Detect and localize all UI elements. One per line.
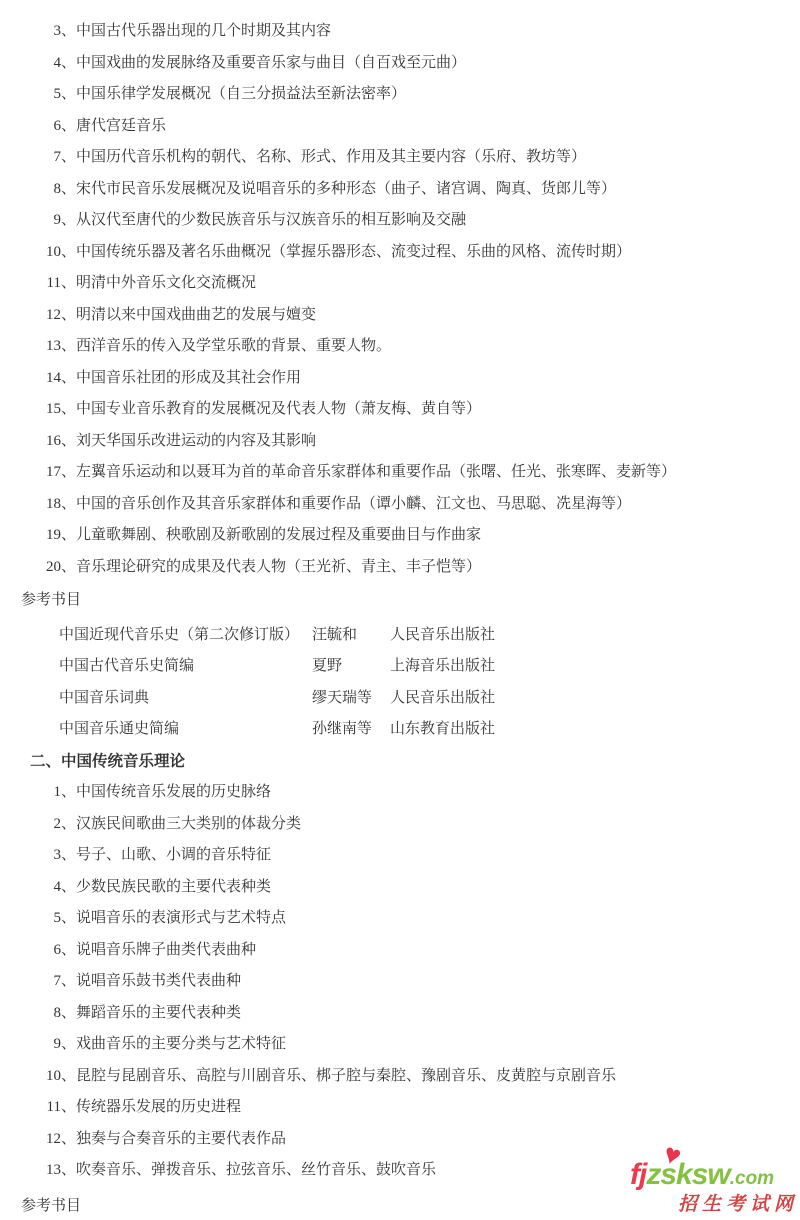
list-item: 5、中国乐律学发展概况（自三分损益法至新法密率） [0, 79, 800, 111]
item-text: 少数民族民歌的主要代表种类 [76, 879, 271, 895]
book-author: 夏野 [312, 651, 390, 683]
list-item: 10、中国传统乐器及著名乐曲概况（掌握乐器形态、流变过程、乐曲的风格、流传时期） [0, 237, 800, 269]
list-item: 3、中国古代乐器出现的几个时期及其内容 [0, 16, 800, 48]
list-item: 18、中国的音乐创作及其音乐家群体和重要作品（谭小麟、江文也、马思聪、冼星海等） [0, 489, 800, 521]
item-number: 17、 [42, 457, 76, 489]
item-text: 从汉代至唐代的少数民族音乐与汉族音乐的相互影响及交融 [76, 212, 466, 228]
item-number: 5、 [42, 79, 76, 111]
item-number: 7、 [42, 142, 76, 174]
list-item: 4、少数民族民歌的主要代表种类 [0, 872, 800, 904]
item-number: 3、 [42, 840, 76, 872]
list-item: 11、传统器乐发展的历史进程 [0, 1092, 800, 1124]
book-author: 汪毓和 [312, 620, 390, 652]
book-publisher: 人民音乐出版社 [390, 620, 495, 652]
item-text: 中国传统乐器及著名乐曲概况（掌握乐器形态、流变过程、乐曲的风格、流传时期） [76, 244, 631, 260]
item-number: 1、 [42, 777, 76, 809]
watermark-logo: ♥fjzsksw.com [630, 1160, 800, 1194]
list-item: 7、中国历代音乐机构的朝代、名称、形式、作用及其主要内容（乐府、教坊等） [0, 142, 800, 174]
list-item: 19、儿童歌舞剧、秧歌剧及新歌剧的发展过程及重要曲目与作曲家 [0, 520, 800, 552]
item-text: 中国戏曲的发展脉络及重要音乐家与曲目（自百戏至元曲） [76, 55, 466, 71]
list-item: 15、中国专业音乐教育的发展概况及代表人物（萧友梅、黄自等） [0, 394, 800, 426]
list-item: 5、说唱音乐的表演形式与艺术特点 [0, 903, 800, 935]
item-number: 8、 [42, 174, 76, 206]
item-number: 10、 [42, 237, 76, 269]
item-text: 中国专业音乐教育的发展概况及代表人物（萧友梅、黄自等） [76, 401, 481, 417]
document-page: 3、中国古代乐器出现的几个时期及其内容 4、中国戏曲的发展脉络及重要音乐家与曲目… [0, 0, 800, 1220]
site-watermark: ♥fjzsksw.com 招生考试网 [630, 1138, 800, 1218]
list-item: 8、宋代市民音乐发展概况及说唱音乐的多种形态（曲子、诸宫调、陶真、货郎儿等） [0, 174, 800, 206]
list-item: 14、中国音乐社团的形成及其社会作用 [0, 363, 800, 395]
book-row: 中国近现代音乐史（第二次修订版） 汪毓和 人民音乐出版社 [0, 620, 800, 652]
item-number: 5、 [42, 903, 76, 935]
item-text: 独奏与合奏音乐的主要代表作品 [76, 1131, 286, 1147]
item-text: 说唱音乐的表演形式与艺术特点 [76, 910, 286, 926]
item-number: 4、 [42, 48, 76, 80]
list-item: 8、舞蹈音乐的主要代表种类 [0, 998, 800, 1030]
item-text: 中国古代乐器出现的几个时期及其内容 [76, 23, 331, 39]
book-row: 中国古代音乐史简编 夏野 上海音乐出版社 [0, 651, 800, 683]
list-item: 9、戏曲音乐的主要分类与艺术特征 [0, 1029, 800, 1061]
list-item: 6、唐代宫廷音乐 [0, 111, 800, 143]
item-text: 唐代宫廷音乐 [76, 118, 166, 134]
reference-books-header: 参考书目 [0, 585, 800, 617]
item-text: 昆腔与昆剧音乐、高腔与川剧音乐、梆子腔与秦腔、豫剧音乐、皮黄腔与京剧音乐 [76, 1068, 616, 1084]
item-text: 吹奏音乐、弹拨音乐、拉弦音乐、丝竹音乐、鼓吹音乐 [76, 1162, 436, 1178]
list-item: 4、中国戏曲的发展脉络及重要音乐家与曲目（自百戏至元曲） [0, 48, 800, 80]
item-number: 15、 [42, 394, 76, 426]
watermark-subtitle: 招生考试网 [630, 1195, 800, 1215]
item-text: 明清中外音乐文化交流概况 [76, 275, 256, 291]
item-text: 明清以来中国戏曲曲艺的发展与嬗变 [76, 307, 316, 323]
item-number: 12、 [42, 300, 76, 332]
book-title: 中国音乐词典 [59, 683, 312, 715]
item-number: 16、 [42, 426, 76, 458]
item-number: 11、 [42, 268, 76, 300]
item-number: 9、 [42, 205, 76, 237]
item-number: 3、 [42, 16, 76, 48]
page-content: 3、中国古代乐器出现的几个时期及其内容 4、中国戏曲的发展脉络及重要音乐家与曲目… [0, 0, 800, 1220]
watermark-tld: .com [730, 1168, 774, 1189]
list-item: 20、音乐理论研究的成果及代表人物（王光祈、青主、丰子恺等） [0, 552, 800, 584]
list-item: 16、刘天华国乐改进运动的内容及其影响 [0, 426, 800, 458]
item-text: 左翼音乐运动和以聂耳为首的革命音乐家群体和重要作品（张曙、任光、张寒晖、麦新等） [76, 464, 676, 480]
item-number: 2、 [42, 809, 76, 841]
list-item: 13、西洋音乐的传入及学堂乐歌的背景、重要人物。 [0, 331, 800, 363]
book-title: 中国音乐通史简编 [59, 714, 312, 746]
item-number: 7、 [42, 966, 76, 998]
book-title: 中国近现代音乐史（第二次修订版） [59, 620, 312, 652]
item-number: 6、 [42, 111, 76, 143]
item-number: 13、 [42, 331, 76, 363]
watermark-domain: zsksw [646, 1158, 729, 1191]
watermark-prefix: fj [630, 1158, 646, 1191]
list-item: 3、号子、山歌、小调的音乐特征 [0, 840, 800, 872]
list-item: 17、左翼音乐运动和以聂耳为首的革命音乐家群体和重要作品（张曙、任光、张寒晖、麦… [0, 457, 800, 489]
item-text: 中国的音乐创作及其音乐家群体和重要作品（谭小麟、江文也、马思聪、冼星海等） [76, 496, 631, 512]
item-text: 汉族民间歌曲三大类别的体裁分类 [76, 816, 301, 832]
item-number: 18、 [42, 489, 76, 521]
item-number: 8、 [42, 998, 76, 1030]
item-text: 号子、山歌、小调的音乐特征 [76, 847, 271, 863]
list-item: 11、明清中外音乐文化交流概况 [0, 268, 800, 300]
reference-book-list: 中国近现代音乐史（第二次修订版） 汪毓和 人民音乐出版社 中国古代音乐史简编 夏… [0, 620, 800, 746]
item-text: 儿童歌舞剧、秧歌剧及新歌剧的发展过程及重要曲目与作曲家 [76, 527, 481, 543]
list-item: 1、中国传统音乐发展的历史脉络 [0, 777, 800, 809]
item-number: 20、 [42, 552, 76, 584]
item-text: 戏曲音乐的主要分类与艺术特征 [76, 1036, 286, 1052]
item-number: 9、 [42, 1029, 76, 1061]
book-publisher: 人民音乐出版社 [390, 683, 495, 715]
item-text: 中国乐律学发展概况（自三分损益法至新法密率） [76, 86, 406, 102]
item-text: 西洋音乐的传入及学堂乐歌的背景、重要人物。 [76, 338, 391, 354]
list-item: 7、说唱音乐鼓书类代表曲种 [0, 966, 800, 998]
book-title: 中国古代音乐史简编 [59, 651, 312, 683]
list-item: 12、明清以来中国戏曲曲艺的发展与嬗变 [0, 300, 800, 332]
item-number: 12、 [42, 1124, 76, 1156]
item-number: 13、 [42, 1155, 76, 1187]
book-row: 中国音乐词典 缪天瑞等 人民音乐出版社 [0, 683, 800, 715]
book-row: 中国音乐通史简编 孙继南等 山东教育出版社 [0, 714, 800, 746]
item-number: 11、 [42, 1092, 76, 1124]
list-item: 6、说唱音乐牌子曲类代表曲种 [0, 935, 800, 967]
item-number: 19、 [42, 520, 76, 552]
item-text: 说唱音乐牌子曲类代表曲种 [76, 942, 256, 958]
item-text: 说唱音乐鼓书类代表曲种 [76, 973, 241, 989]
book-publisher: 山东教育出版社 [390, 714, 495, 746]
item-text: 音乐理论研究的成果及代表人物（王光祈、青主、丰子恺等） [76, 559, 481, 575]
item-number: 10、 [42, 1061, 76, 1093]
item-text: 传统器乐发展的历史进程 [76, 1099, 241, 1115]
book-publisher: 上海音乐出版社 [390, 651, 495, 683]
item-number: 4、 [42, 872, 76, 904]
section-heading: 二、中国传统音乐理论 [0, 746, 800, 778]
item-number: 6、 [42, 935, 76, 967]
list-item: 10、昆腔与昆剧音乐、高腔与川剧音乐、梆子腔与秦腔、豫剧音乐、皮黄腔与京剧音乐 [0, 1061, 800, 1093]
item-text: 中国传统音乐发展的历史脉络 [76, 784, 271, 800]
item-text: 中国音乐社团的形成及其社会作用 [76, 370, 301, 386]
list-item: 9、从汉代至唐代的少数民族音乐与汉族音乐的相互影响及交融 [0, 205, 800, 237]
item-text: 中国历代音乐机构的朝代、名称、形式、作用及其主要内容（乐府、教坊等） [76, 149, 586, 165]
item-text: 舞蹈音乐的主要代表种类 [76, 1005, 241, 1021]
item-text: 刘天华国乐改进运动的内容及其影响 [76, 433, 316, 449]
item-number: 14、 [42, 363, 76, 395]
book-author: 孙继南等 [312, 714, 390, 746]
book-author: 缪天瑞等 [312, 683, 390, 715]
list-item: 2、汉族民间歌曲三大类别的体裁分类 [0, 809, 800, 841]
item-text: 宋代市民音乐发展概况及说唱音乐的多种形态（曲子、诸宫调、陶真、货郎儿等） [76, 181, 616, 197]
